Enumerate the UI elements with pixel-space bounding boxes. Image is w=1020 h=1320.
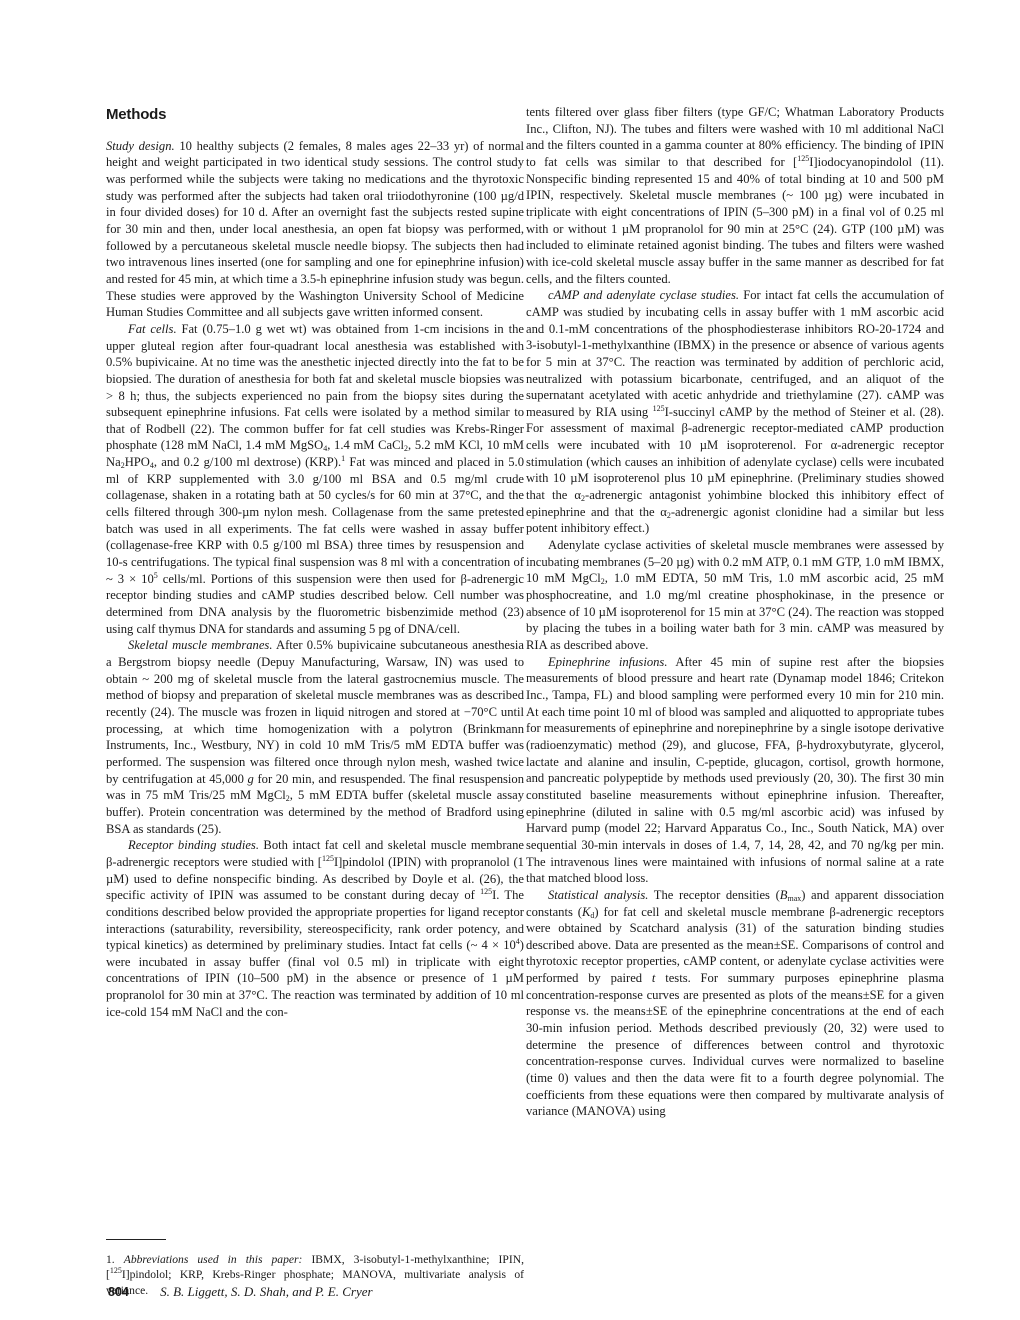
- footnote-label: Abbreviations used in this paper:: [124, 1253, 303, 1266]
- paragraph-receptor-binding-continued: tents filtered over glass fiber filters …: [526, 104, 944, 287]
- paragraph-camp: cAMP and adenylate cyclase studies. For …: [526, 287, 944, 537]
- page-footer: 804 S. B. Liggett, S. D. Shah, and P. E.…: [108, 1284, 373, 1300]
- running-authors: S. B. Liggett, S. D. Shah, and P. E. Cry…: [160, 1284, 372, 1299]
- paragraph-statistical-analysis: Statistical analysis. The receptor densi…: [526, 887, 944, 1120]
- runin-heading: Epinephrine infusions.: [548, 655, 667, 669]
- runin-heading: Receptor binding studies.: [128, 838, 259, 852]
- section-heading: Methods: [106, 107, 524, 124]
- footnote-divider: [106, 1239, 166, 1240]
- paragraph-study-design: Study design. 10 healthy subjects (2 fem…: [106, 138, 524, 321]
- right-column: tents filtered over glass fiber filters …: [526, 104, 944, 1120]
- left-column: Methods Study design. 10 healthy subject…: [106, 104, 524, 1020]
- runin-heading: Fat cells.: [128, 322, 177, 336]
- paragraph-fat-cells: Fat cells. Fat (0.75–1.0 g wet wt) was o…: [106, 321, 524, 637]
- paragraph-skeletal-muscle: Skeletal muscle membranes. After 0.5% bu…: [106, 637, 524, 837]
- runin-heading: cAMP and adenylate cyclase studies.: [548, 288, 739, 302]
- paragraph-epinephrine-infusions: Epinephrine infusions. After 45 min of s…: [526, 654, 944, 887]
- paragraph-receptor-binding: Receptor binding studies. Both intact fa…: [106, 837, 524, 1020]
- runin-heading: Study design.: [106, 139, 175, 153]
- paragraph-adenylate-cyclase: Adenylate cyclase activities of skeletal…: [526, 537, 944, 654]
- runin-heading: Skeletal muscle membranes.: [128, 638, 272, 652]
- runin-heading: Statistical analysis.: [548, 888, 648, 902]
- page-number: 804: [108, 1285, 129, 1299]
